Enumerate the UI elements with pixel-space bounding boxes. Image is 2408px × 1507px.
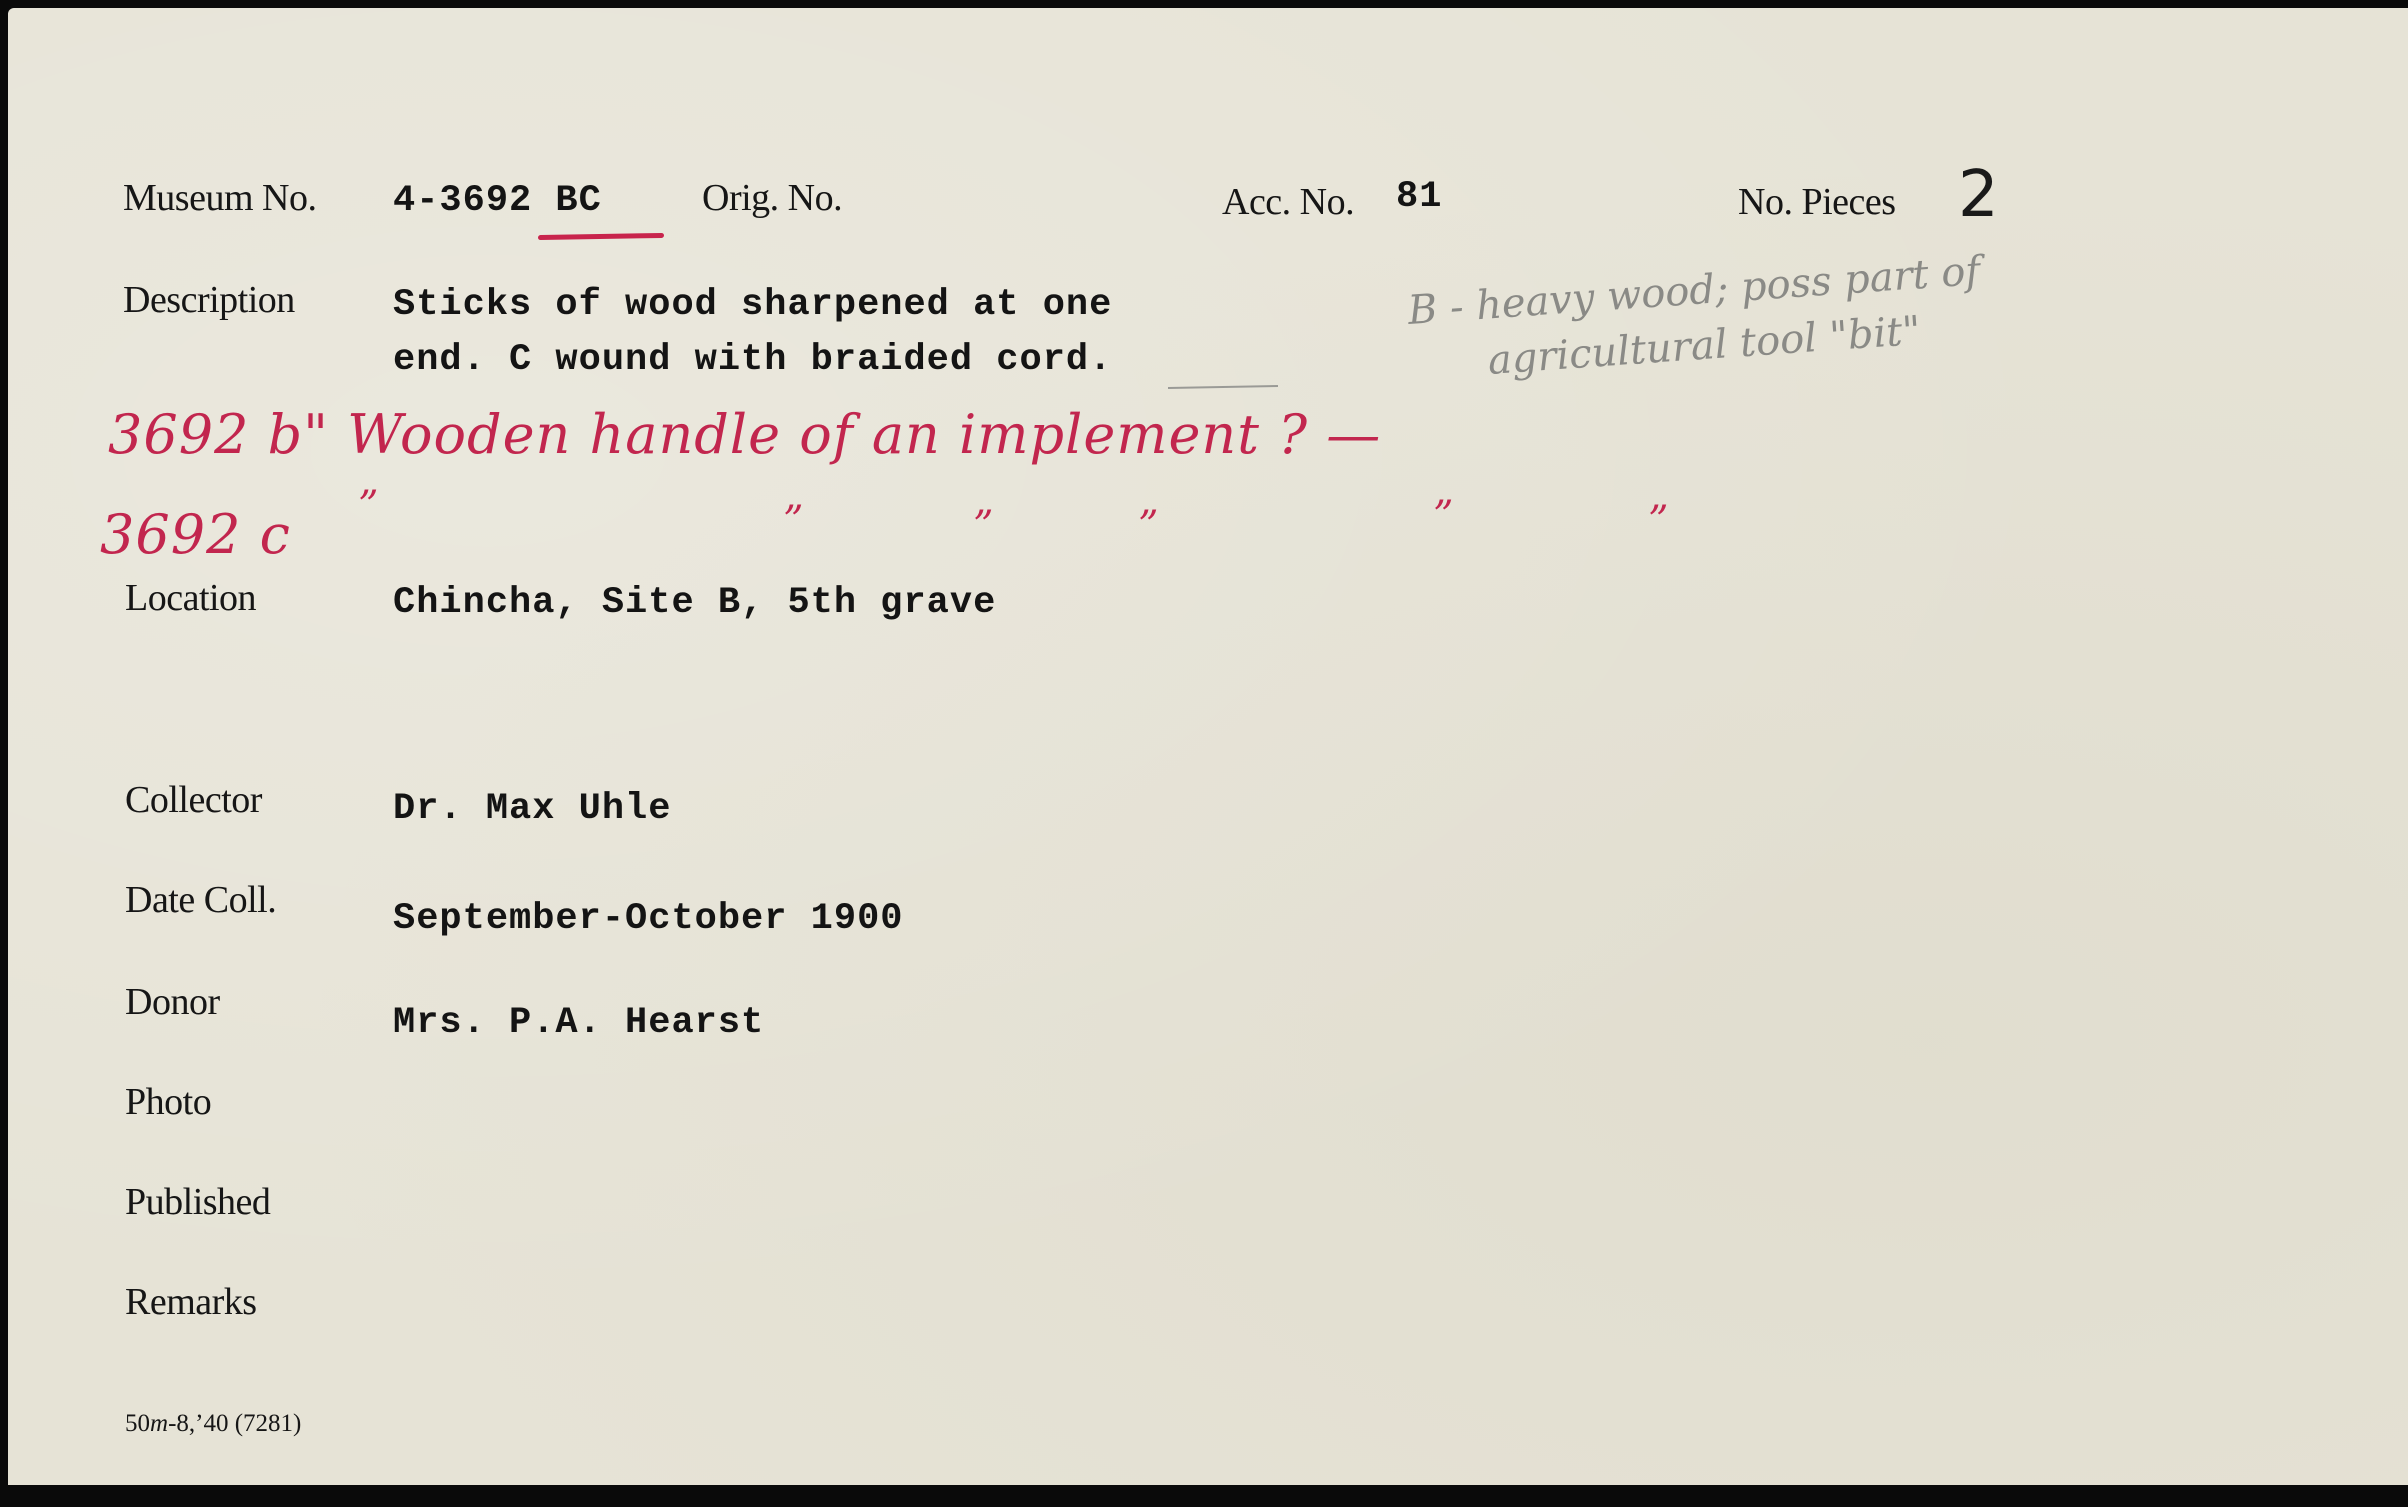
description-line-1: Sticks of wood sharpened at one	[393, 284, 1112, 326]
museum-no-label: Museum No.	[123, 176, 316, 220]
pencil-stroke	[1168, 385, 1278, 389]
donor-label: Donor	[125, 980, 220, 1024]
ditto-mark: ”	[1648, 498, 1668, 544]
donor-value: Mrs. P.A. Hearst	[393, 1002, 764, 1044]
ditto-mark: ”	[1138, 503, 1158, 549]
ditto-mark: ”	[358, 483, 378, 529]
ditto-mark: ”	[1433, 493, 1453, 539]
remarks-label: Remarks	[125, 1280, 257, 1324]
museum-no-value: 4-3692 BC	[393, 180, 602, 222]
orig-no-label: Orig. No.	[702, 176, 842, 220]
form-code-suffix: -8,’40 (7281)	[168, 1410, 301, 1437]
red-annotation-line-2: 3692 c	[100, 503, 291, 566]
ditto-mark: ”	[783, 498, 803, 544]
ditto-mark: ”	[973, 503, 993, 549]
description-line-2: end. C wound with braided cord.	[393, 339, 1112, 381]
form-code: 50m-8,’40 (7281)	[125, 1410, 301, 1438]
date-coll-label: Date Coll.	[125, 878, 276, 922]
location-value: Chincha, Site B, 5th grave	[393, 582, 996, 624]
location-label: Location	[125, 576, 256, 620]
museum-no-red-underline	[538, 233, 664, 240]
catalog-card: Museum No. 4-3692 BC Orig. No. Acc. No. …	[8, 8, 2408, 1485]
collector-label: Collector	[125, 778, 262, 822]
red-annotation-line-1: 3692 b" Wooden handle of an implement ? …	[108, 403, 1381, 466]
no-pieces-value: 2	[1958, 158, 1999, 232]
description-label: Description	[123, 278, 295, 322]
published-label: Published	[125, 1180, 270, 1224]
collector-value: Dr. Max Uhle	[393, 788, 671, 830]
acc-no-value: 81	[1396, 176, 1442, 218]
date-coll-value: September-October 1900	[393, 898, 903, 940]
form-code-italic: m	[150, 1410, 168, 1437]
no-pieces-label: No. Pieces	[1738, 180, 1896, 224]
form-code-prefix: 50	[125, 1410, 150, 1437]
acc-no-label: Acc. No.	[1222, 180, 1354, 224]
photo-label: Photo	[125, 1080, 211, 1124]
